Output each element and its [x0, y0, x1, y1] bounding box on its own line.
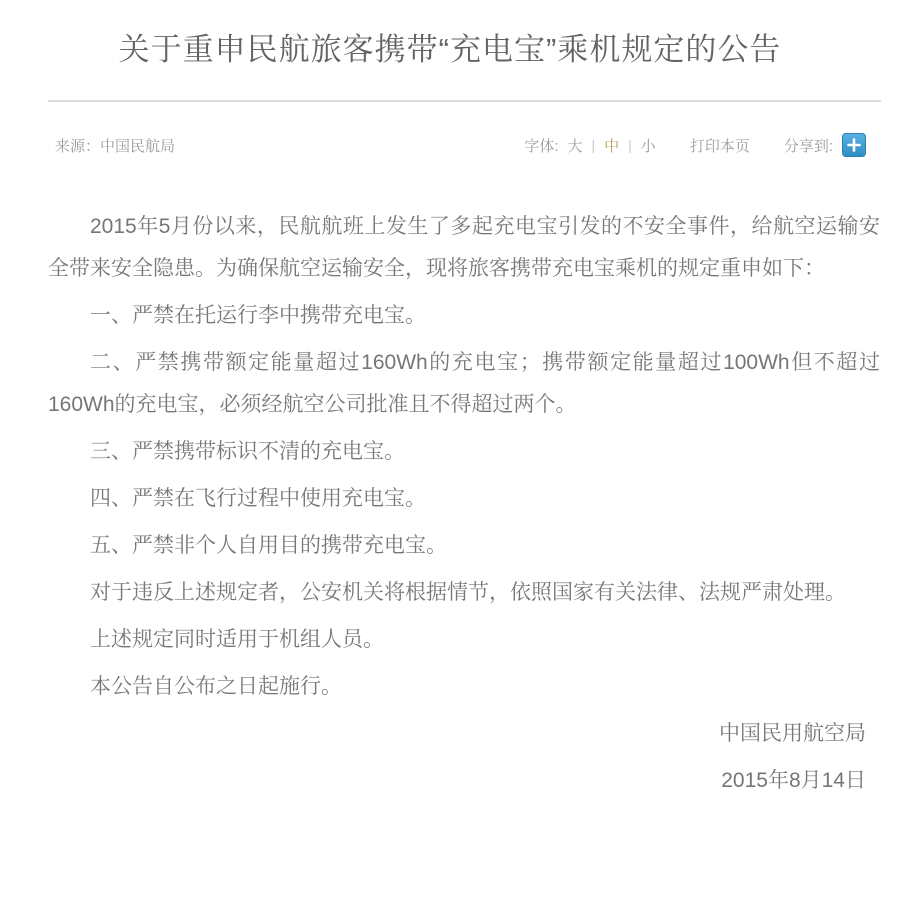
- paragraph: 五、严禁非个人自用目的携带充电宝。: [48, 525, 880, 567]
- meta-row: 来源：中国民航局 字体: 大 | 中 | 小 打印本页 分享到:: [55, 133, 866, 157]
- font-size-medium[interactable]: 中: [604, 135, 619, 156]
- meta-tools: 字体: 大 | 中 | 小 打印本页 分享到:: [524, 133, 866, 157]
- share-plus-icon[interactable]: [842, 133, 866, 157]
- font-size-large[interactable]: 大: [567, 135, 582, 156]
- font-size-label: 字体:: [524, 135, 558, 156]
- separator: |: [628, 137, 632, 153]
- signature-date: 2015年8月14日: [48, 760, 880, 802]
- paragraph: 上述规定同时适用于机组人员。: [48, 619, 880, 661]
- header-divider: [48, 100, 881, 102]
- paragraph: 本公告自公布之日起施行。: [48, 666, 880, 708]
- source-label: 来源：: [55, 135, 100, 156]
- font-size-controls: 字体: 大 | 中 | 小: [524, 135, 656, 156]
- page-title: 关于重申民航旅客携带“充电宝”乘机规定的公告: [0, 27, 900, 72]
- share-group: 分享到:: [784, 133, 866, 157]
- source-value: 中国民航局: [100, 135, 175, 156]
- paragraph: 三、严禁携带标识不清的充电宝。: [48, 431, 880, 473]
- signature-org: 中国民用航空局: [48, 713, 880, 755]
- font-size-small[interactable]: 小: [641, 135, 656, 156]
- source-info: 来源：中国民航局: [55, 135, 175, 156]
- paragraph: 对于违反上述规定者，公安机关将根据情节，依照国家有关法律、法规严肃处理。: [48, 572, 880, 614]
- paragraph: 2015年5月份以来，民航航班上发生了多起充电宝引发的不安全事件，给航空运输安全…: [48, 206, 880, 290]
- paragraph: 四、严禁在飞行过程中使用充电宝。: [48, 478, 880, 520]
- announcement-page: 关于重申民航旅客携带“充电宝”乘机规定的公告 来源：中国民航局 字体: 大 | …: [0, 0, 900, 901]
- article-body: 2015年5月份以来，民航航班上发生了多起充电宝引发的不安全事件，给航空运输安全…: [48, 206, 880, 802]
- paragraph: 二、严禁携带额定能量超过160Wh的充电宝；携带额定能量超过100Wh但不超过1…: [48, 342, 880, 426]
- print-page-link[interactable]: 打印本页: [690, 135, 750, 156]
- article-header: 关于重申民航旅客携带“充电宝”乘机规定的公告: [0, 0, 900, 102]
- share-label: 分享到:: [784, 135, 833, 156]
- separator: |: [592, 137, 596, 153]
- paragraph: 一、严禁在托运行李中携带充电宝。: [48, 295, 880, 337]
